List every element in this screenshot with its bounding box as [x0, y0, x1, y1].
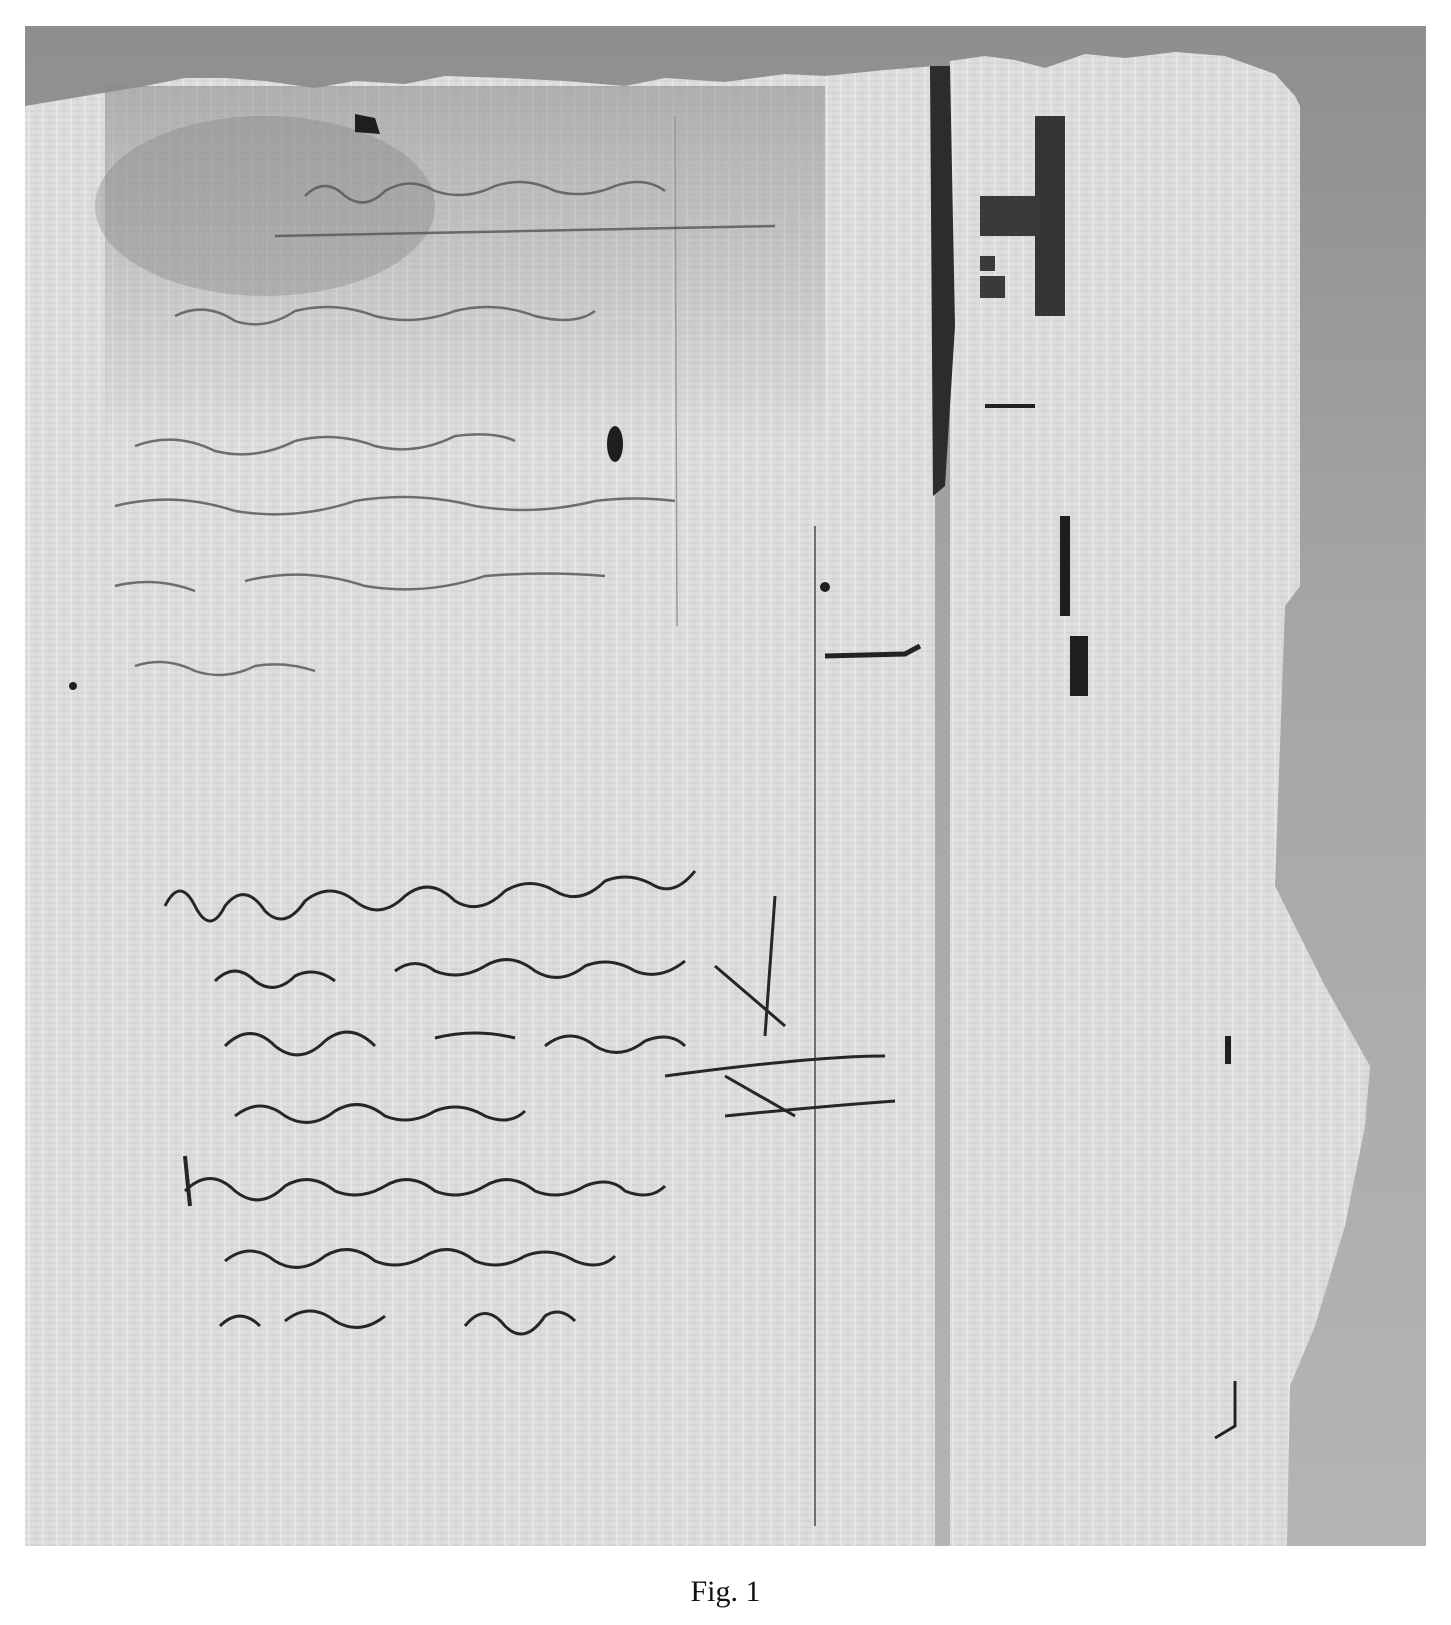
- hole: [1225, 1036, 1231, 1064]
- figure-caption: Fig. 1: [0, 1575, 1451, 1609]
- hole: [980, 276, 1005, 298]
- hole: [1060, 516, 1070, 616]
- papyrus-image: [25, 26, 1426, 1546]
- hole: [980, 196, 1040, 236]
- papyrus-photograph: [25, 26, 1426, 1546]
- papyrus-sheet-right: [950, 52, 1370, 1546]
- hole: [1070, 636, 1088, 696]
- hole: [980, 256, 995, 271]
